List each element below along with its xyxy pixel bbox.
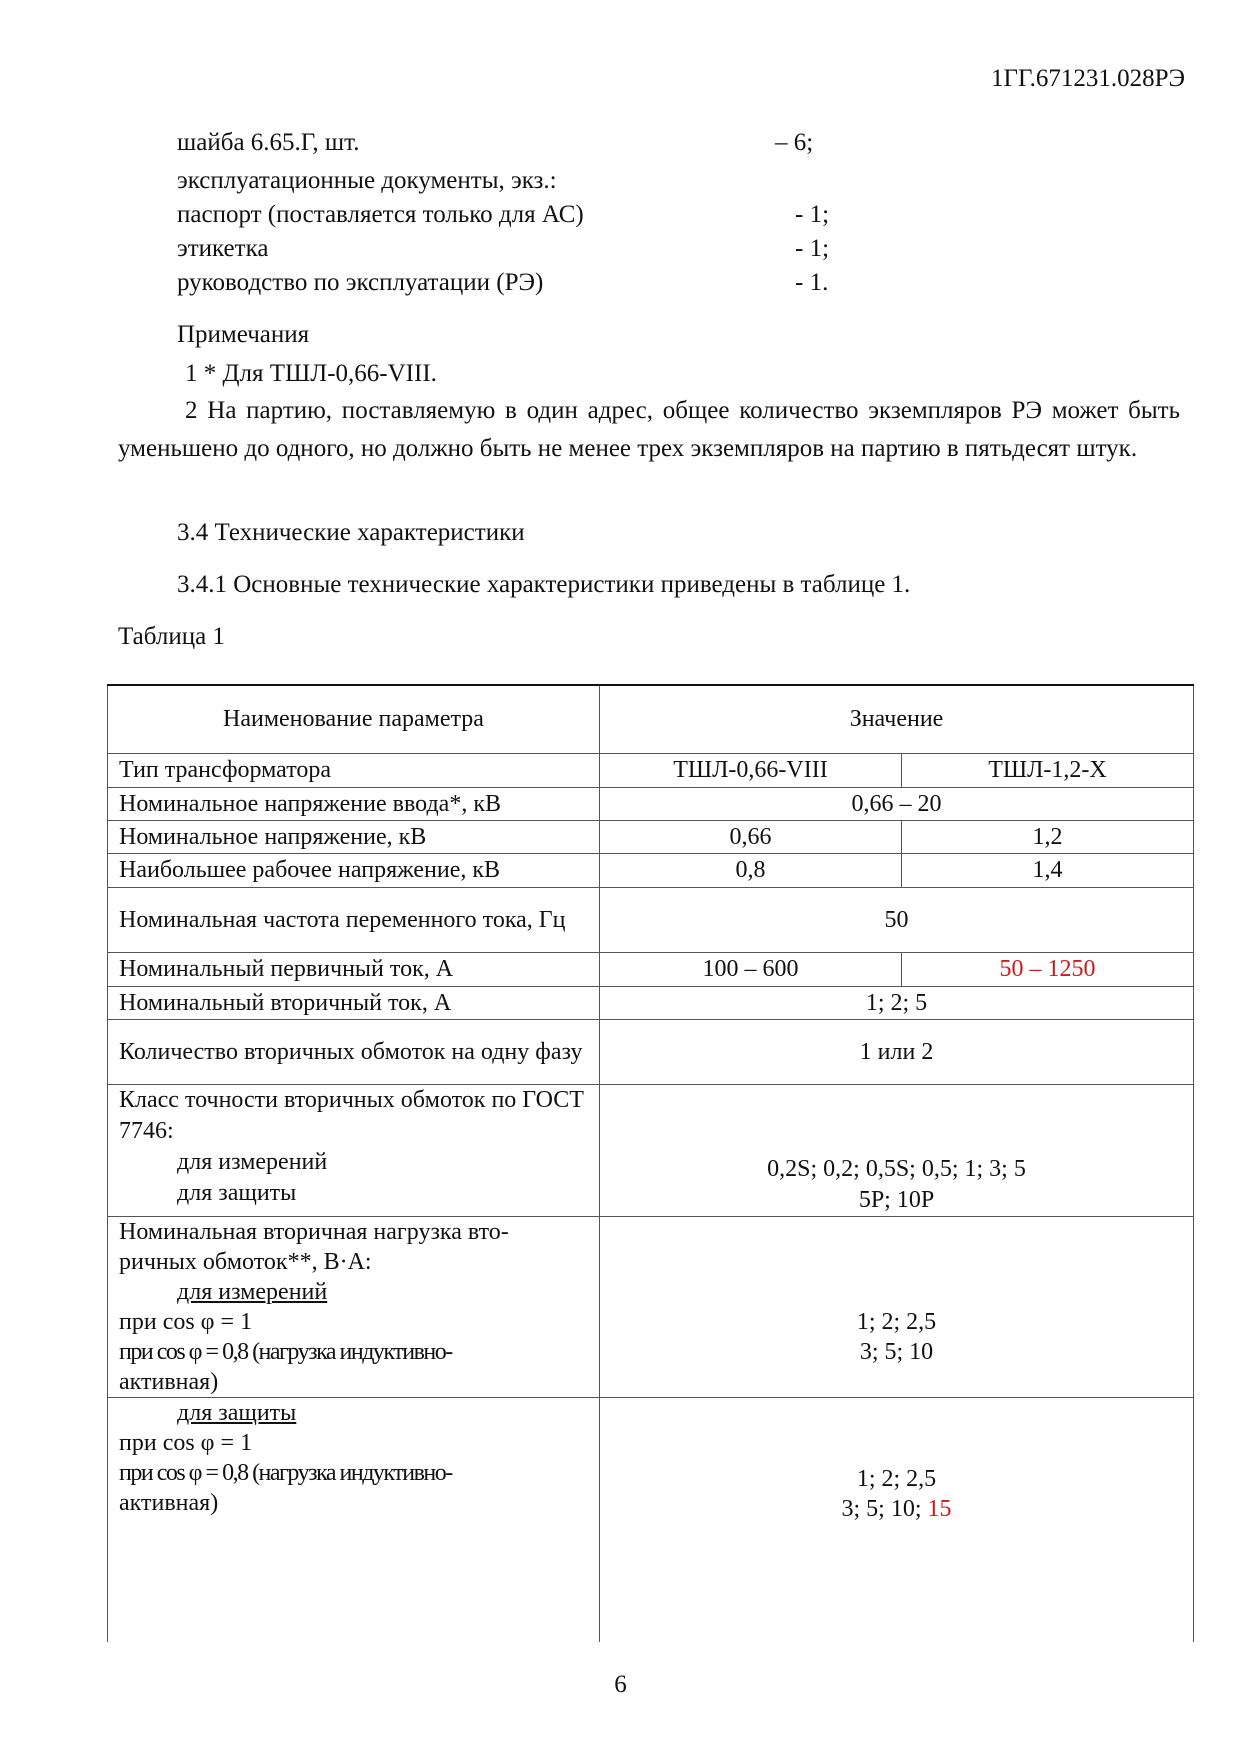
load-measure-cos08: при cos φ = 0,8 (нагрузка индуктивно- xyxy=(119,1337,597,1367)
accuracy-protect-label: для защиты xyxy=(119,1178,296,1209)
load-protect-cos08: при cos φ = 0,8 (нагрузка индуктивно- xyxy=(119,1458,597,1488)
row-param: Класс точности вторичных обмоток по ГОСТ… xyxy=(108,1085,600,1217)
load-measure-cos1: при cos φ = 1 xyxy=(119,1307,597,1337)
header-value: Значение xyxy=(600,685,1194,754)
list-item-label: этикетка xyxy=(177,236,268,261)
header-param: Наименование параметра xyxy=(108,685,600,754)
load-measure-sublabel: для измерений xyxy=(119,1277,327,1307)
table-row: Наибольшее рабочее напряжение, кВ 0,8 1,… xyxy=(108,854,1194,888)
row-value: 1 или 2 xyxy=(600,1020,1194,1085)
row-value: 0,66 xyxy=(600,821,902,854)
row-param: для защиты при cos φ = 1 при cos φ = 0,8… xyxy=(108,1398,600,1642)
row-value: 0,8 xyxy=(600,854,902,888)
accuracy-measure-value: 0,2S; 0,2; 0,5S; 0,5; 1; 3; 5 xyxy=(602,1154,1191,1185)
section-subheading: 3.4.1 Основные технические характеристик… xyxy=(177,572,910,597)
accuracy-protect-value: 5P; 10P xyxy=(602,1185,1191,1216)
table-row: Количество вторичных обмоток на одну фаз… xyxy=(108,1020,1194,1085)
spec-table: Наименование параметра Значение Тип тран… xyxy=(107,684,1194,1642)
load-protect-v-cos08-text: 3; 5; 10; xyxy=(841,1496,927,1522)
table-row: Номинальный первичный ток, А 100 – 600 5… xyxy=(108,953,1194,987)
accuracy-measure-label: для измерений xyxy=(119,1147,327,1178)
note-1: 1 * Для ТШЛ-0,66-VIII. xyxy=(185,361,437,386)
list-item-label: эксплуатационные документы, экз.: xyxy=(177,168,557,193)
row-value: 0,2S; 0,2; 0,5S; 0,5; 1; 3; 5 5P; 10P xyxy=(600,1085,1194,1217)
table-row: Номинальная частота переменного тока, Гц… xyxy=(108,888,1194,953)
table-row: для защиты при cos φ = 1 при cos φ = 0,8… xyxy=(108,1398,1194,1642)
row-param: Количество вторичных обмоток на одну фаз… xyxy=(108,1020,600,1085)
list-item-value: - 1; xyxy=(795,236,829,261)
notes-title: Примечания xyxy=(177,322,309,347)
row-param: Номинальный вторичный ток, А xyxy=(108,987,600,1020)
row-value: 1,4 xyxy=(902,854,1194,888)
load-protect-v-cos1: 1; 2; 2,5 xyxy=(602,1464,1191,1494)
row-param: Номинальный первичный ток, А xyxy=(108,953,600,987)
load-title-line1: Номинальная вторичная нагрузка вто- xyxy=(119,1217,597,1247)
row-value: 100 – 600 xyxy=(600,953,902,987)
accuracy-title: Класс точности вторичных обмоток по ГОСТ… xyxy=(119,1085,597,1147)
row-value: 1; 2; 2,5 3; 5; 10 xyxy=(600,1217,1194,1398)
list-item-label: руководство по эксплуатации (РЭ) xyxy=(177,270,543,295)
load-title-line2: ричных обмоток**, В·А: xyxy=(119,1247,597,1277)
row-param: Номинальное напряжение ввода*, кВ xyxy=(108,788,600,821)
load-measure-v-cos1: 1; 2; 2,5 xyxy=(602,1307,1191,1337)
table-caption: Таблица 1 xyxy=(118,624,225,649)
load-measure-v-cos08: 3; 5; 10 xyxy=(602,1337,1191,1367)
row-value: 1; 2; 2,5 3; 5; 10; 15 xyxy=(600,1398,1194,1642)
row-value: ТШЛ-1,2-Х xyxy=(902,754,1194,788)
row-param: Номинальное напряжение, кВ xyxy=(108,821,600,854)
list-item-value: – 6; xyxy=(775,130,813,155)
row-value: 50 xyxy=(600,888,1194,953)
load-protect-cos1: при cos φ = 1 xyxy=(119,1428,597,1458)
row-value: 1; 2; 5 xyxy=(600,987,1194,1020)
table-header-row: Наименование параметра Значение xyxy=(108,685,1194,754)
row-param: Наибольшее рабочее напряжение, кВ xyxy=(108,854,600,888)
table-row: Номинальная вторичная нагрузка вто- ричн… xyxy=(108,1217,1194,1398)
section-heading: 3.4 Технические характеристики xyxy=(177,520,525,545)
load-protect-v-highlighted: 15 xyxy=(928,1496,952,1522)
document-code: 1ГГ.671231.028РЭ xyxy=(991,66,1185,91)
row-param: Номинальная частота переменного тока, Гц xyxy=(108,888,600,953)
list-item-value: - 1. xyxy=(795,270,828,295)
table-row: Тип трансформатора ТШЛ-0,66-VIII ТШЛ-1,2… xyxy=(108,754,1194,788)
row-param: Тип трансформатора xyxy=(108,754,600,788)
row-value: ТШЛ-0,66-VIII xyxy=(600,754,902,788)
table-row: Номинальное напряжение, кВ 0,66 1,2 xyxy=(108,821,1194,854)
row-value: 1,2 xyxy=(902,821,1194,854)
table-row: Номинальный вторичный ток, А 1; 2; 5 xyxy=(108,987,1194,1020)
load-protect-v-cos08: 3; 5; 10; 15 xyxy=(602,1494,1191,1524)
page-number: 6 xyxy=(0,1672,1241,1697)
table-row: Класс точности вторичных обмоток по ГОСТ… xyxy=(108,1085,1194,1217)
list-item-value: - 1; xyxy=(795,202,829,227)
row-value: 0,66 – 20 xyxy=(600,788,1194,821)
row-param: Номинальная вторичная нагрузка вто- ричн… xyxy=(108,1217,600,1398)
load-protect-cos08-cont: активная) xyxy=(119,1488,597,1518)
load-measure-cos08-cont: активная) xyxy=(119,1367,597,1397)
row-value-highlighted: 50 – 1250 xyxy=(902,953,1194,987)
list-item-label: паспорт (поставляется только для АС) xyxy=(177,202,584,227)
load-protect-sublabel: для защиты xyxy=(119,1398,296,1428)
list-item-label: шайба 6.65.Г, шт. xyxy=(177,130,359,155)
note-2: 2 На партию, поставляемую в один адрес, … xyxy=(118,392,1180,468)
table-row: Номинальное напряжение ввода*, кВ 0,66 –… xyxy=(108,788,1194,821)
